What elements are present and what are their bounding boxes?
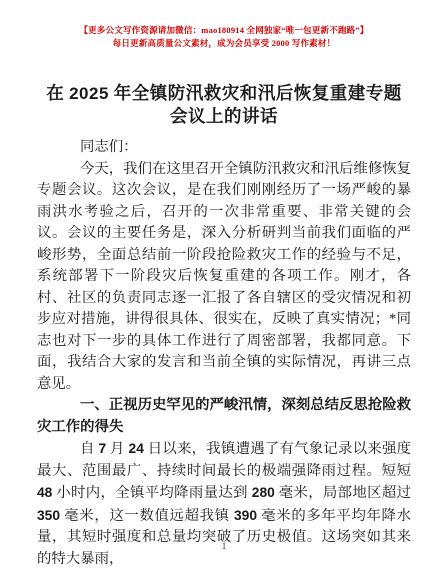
numeral: 350 — [37, 508, 60, 523]
paragraph: 同志们： — [37, 137, 411, 159]
page-footer: 1 — [0, 536, 448, 554]
page-number: 1 — [222, 542, 227, 552]
document-body: 同志们：今天，我们在这里召开全镇防汛救灾和汛后维修恢复专题会议。这次会议，是在我… — [37, 137, 411, 570]
paragraph: 今天，我们在这里召开全镇防汛救灾和汛后维修恢复专题会议。这次会议，是在我们刚刚经… — [37, 159, 411, 396]
numeral: 48 — [37, 485, 52, 500]
numeral: 390 — [234, 508, 257, 523]
document-title: 在 2025 年全镇防汛救灾和汛后恢复重建专题会议上的讲话 — [38, 82, 410, 128]
numeral: 7 — [99, 441, 107, 456]
numeral: 24 — [129, 441, 144, 456]
numeral: 2025 — [69, 84, 109, 103]
document-page: 【更多公文写作资源请加微信：mao180914 全网独家“唯一包更新不跑路”】 … — [0, 0, 448, 580]
promo-notice-line-2: 每日更新高质量公文素材，成为会员享受 2000 写作素材！ — [0, 37, 448, 50]
numeral: 280 — [252, 485, 275, 500]
promo-notice: 【更多公文写作资源请加微信：mao180914 全网独家“唯一包更新不跑路”】 … — [0, 24, 448, 49]
promo-notice-line-1: 【更多公文写作资源请加微信：mao180914 全网独家“唯一包更新不跑路”】 — [0, 24, 448, 37]
section-heading: 一、正视历史罕见的严峻汛情，深刻总结反思抢险救灾工作的得失 — [37, 395, 411, 438]
